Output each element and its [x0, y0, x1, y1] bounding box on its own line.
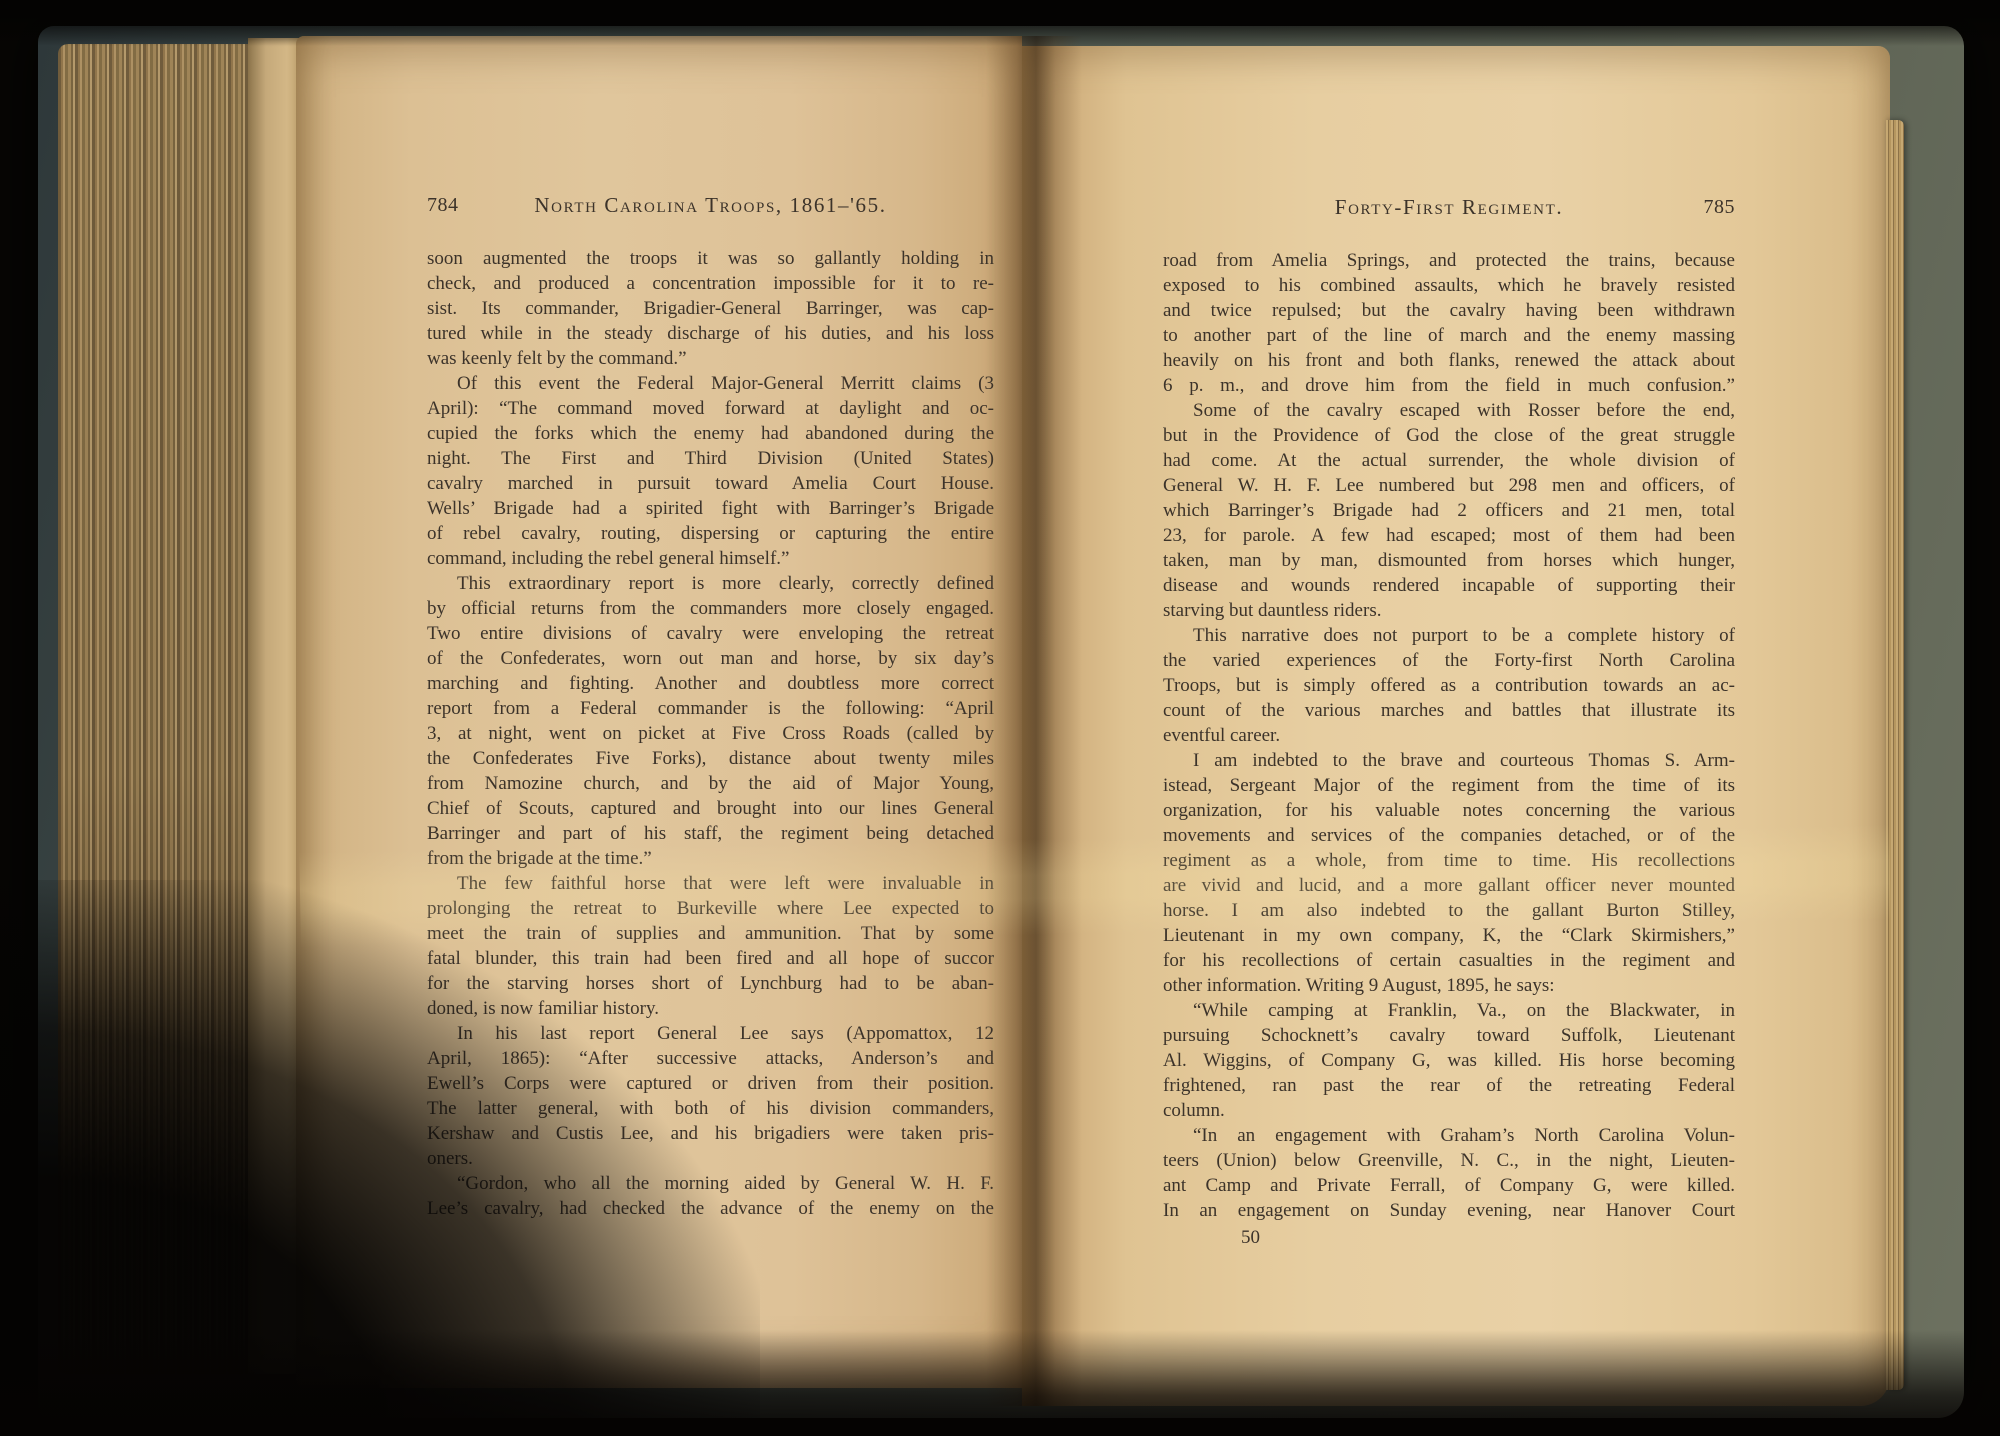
text-line: by official returns from the commanders … [427, 596, 994, 621]
left-running-header: 784 North Carolina Troops, 1861–'65. [427, 192, 994, 218]
paragraph: road from Amelia Springs, and protected … [1163, 248, 1735, 398]
text-line: This extraordinary report is more clearl… [427, 571, 994, 596]
text-line: movements and services of the companies … [1163, 823, 1735, 848]
text-line: pursuing Schocknett’s cavalry toward Suf… [1163, 1023, 1735, 1048]
right-page-text: Forty-First Regiment. 785 road from Amel… [1163, 194, 1735, 1250]
text-line: exposed to his combined assaults, which … [1163, 273, 1735, 298]
text-line: prolonging the retreat to Burkeville whe… [427, 896, 994, 921]
paragraph: “Gordon, who all the morning aided by Ge… [427, 1171, 994, 1221]
text-line: from the brigade at the time.” [427, 846, 994, 871]
text-line: Kershaw and Custis Lee, and his brigadie… [427, 1121, 994, 1146]
gutter-shadow [986, 36, 1082, 1406]
text-line: Lieutenant in my own company, K, the “Cl… [1163, 923, 1735, 948]
left-page-number: 784 [427, 192, 459, 218]
text-line: of rebel cavalry, routing, dispersing or… [427, 521, 994, 546]
text-line: doned, is now familiar history. [427, 996, 994, 1021]
text-line: the Confederates Five Forks), distance a… [427, 746, 994, 771]
text-line: count of the various marches and battles… [1163, 698, 1735, 723]
text-line: from Namozine church, and by the aid of … [427, 771, 994, 796]
paragraph: Some of the cavalry escaped with Rosser … [1163, 398, 1735, 623]
text-line: was keenly felt by the command.” [427, 346, 994, 371]
text-line: disease and wounds rendered incapable of… [1163, 573, 1735, 598]
text-line: for the starving horses short of Lynchbu… [427, 971, 994, 996]
paragraph: In his last report General Lee says (App… [427, 1021, 994, 1171]
text-line: Al. Wiggins, of Company G, was killed. H… [1163, 1048, 1735, 1073]
paragraph: This narrative does not purport to be a … [1163, 623, 1735, 748]
text-line: Of this event the Federal Major-General … [427, 371, 994, 396]
left-page-body: soon augmented the troops it was so gall… [427, 246, 994, 1221]
text-line: marching and fighting. Another and doubt… [427, 671, 994, 696]
text-line: ant Camp and Private Ferrall, of Company… [1163, 1173, 1735, 1198]
paragraph: The few faithful horse that were left we… [427, 871, 994, 1021]
text-line: report from a Federal commander is the f… [427, 696, 994, 721]
text-line: Barringer and part of his staff, the reg… [427, 821, 994, 846]
text-line: Some of the cavalry escaped with Rosser … [1163, 398, 1735, 423]
text-line: Troops, but is simply offered as a contr… [1163, 673, 1735, 698]
text-line: column. [1163, 1098, 1735, 1123]
text-line: taken, man by man, dismounted from horse… [1163, 548, 1735, 573]
paragraph: “In an engagement with Graham’s North Ca… [1163, 1123, 1735, 1223]
text-line: cavalry marched in pursuit toward Amelia… [427, 471, 994, 496]
text-line: soon augmented the troops it was so gall… [427, 246, 994, 271]
open-book-photo: 784 North Carolina Troops, 1861–'65. soo… [0, 0, 2000, 1436]
text-line: eventful career. [1163, 723, 1735, 748]
text-line: Two entire divisions of cavalry were env… [427, 621, 994, 646]
text-line: the varied experiences of the Forty-firs… [1163, 648, 1735, 673]
text-line: Wells’ Brigade had a spirited fight with… [427, 496, 994, 521]
text-line: starving but dauntless riders. [1163, 598, 1735, 623]
text-line: “While camping at Franklin, Va., on the … [1163, 998, 1735, 1023]
text-line: sist. Its commander, Brigadier-General B… [427, 296, 994, 321]
text-line: but in the Providence of God the close o… [1163, 423, 1735, 448]
text-line: command, including the rebel general him… [427, 546, 994, 571]
paragraph: I am indebted to the brave and courteous… [1163, 748, 1735, 998]
text-line: regiment as a whole, from time to time. … [1163, 848, 1735, 873]
text-line: “In an engagement with Graham’s North Ca… [1163, 1123, 1735, 1148]
paragraph: Of this event the Federal Major-General … [427, 371, 994, 571]
text-line: fatal blunder, this train had been fired… [427, 946, 994, 971]
text-line: istead, Sergeant Major of the regiment f… [1163, 773, 1735, 798]
text-line: had come. At the actual surrender, the w… [1163, 448, 1735, 473]
text-line: and twice repulsed; but the cavalry havi… [1163, 298, 1735, 323]
paragraph: soon augmented the troops it was so gall… [427, 246, 994, 371]
text-line: meet the train of supplies and ammunitio… [427, 921, 994, 946]
paragraph: “While camping at Franklin, Va., on the … [1163, 998, 1735, 1123]
right-page-body: road from Amelia Springs, and protected … [1163, 248, 1735, 1223]
text-line: organization, for his valuable notes con… [1163, 798, 1735, 823]
text-line: “Gordon, who all the morning aided by Ge… [427, 1171, 994, 1196]
text-line: 23, for parole. A few had escaped; most … [1163, 523, 1735, 548]
text-line: other information. Writing 9 August, 189… [1163, 973, 1735, 998]
text-line: In an engagement on Sunday evening, near… [1163, 1198, 1735, 1223]
text-line: Ewell’s Corps were captured or driven fr… [427, 1071, 994, 1096]
text-line: The few faithful horse that were left we… [427, 871, 994, 896]
text-line: April, 1865): “After successive attacks,… [427, 1046, 994, 1071]
text-line: 3, at night, went on picket at Five Cros… [427, 721, 994, 746]
signature-mark: 50 [1163, 1225, 1735, 1250]
right-fore-edge [1886, 120, 1904, 1390]
text-line: 6 p. m., and drove him from the field in… [1163, 373, 1735, 398]
right-page-number: 785 [1704, 194, 1736, 220]
text-line: are vivid and lucid, and a more gallant … [1163, 873, 1735, 898]
paragraph: This extraordinary report is more clearl… [427, 571, 994, 871]
text-line: road from Amelia Springs, and protected … [1163, 248, 1735, 273]
text-line: check, and produced a concentration impo… [427, 271, 994, 296]
text-line: General W. H. F. Lee numbered but 298 me… [1163, 473, 1735, 498]
text-line: night. The First and Third Division (Uni… [427, 446, 994, 471]
text-line: The latter general, with both of his div… [427, 1096, 994, 1121]
text-line: for his recollections of certain casualt… [1163, 948, 1735, 973]
text-line: teers (Union) below Greenville, N. C., i… [1163, 1148, 1735, 1173]
right-header-title: Forty-First Regiment. [1335, 195, 1563, 219]
text-line: This narrative does not purport to be a … [1163, 623, 1735, 648]
text-line: to another part of the line of march and… [1163, 323, 1735, 348]
text-line: which Barringer’s Brigade had 2 officers… [1163, 498, 1735, 523]
left-header-title: North Carolina Troops, 1861–'65. [534, 193, 886, 217]
right-running-header: Forty-First Regiment. 785 [1163, 194, 1735, 220]
text-line: In his last report General Lee says (App… [427, 1021, 994, 1046]
left-page-text: 784 North Carolina Troops, 1861–'65. soo… [427, 192, 994, 1221]
text-line: heavily on his front and both flanks, re… [1163, 348, 1735, 373]
text-line: oners. [427, 1146, 994, 1171]
text-line: of the Confederates, worn out man and ho… [427, 646, 994, 671]
text-line: I am indebted to the brave and courteous… [1163, 748, 1735, 773]
text-line: horse. I am also indebted to the gallant… [1163, 898, 1735, 923]
text-line: Chief of Scouts, captured and brought in… [427, 796, 994, 821]
text-line: tured while in the steady discharge of h… [427, 321, 994, 346]
text-line: frightened, ran past the rear of the ret… [1163, 1073, 1735, 1098]
text-line: cupied the forks which the enemy had aba… [427, 421, 994, 446]
text-line: Lee’s cavalry, had checked the advance o… [427, 1196, 994, 1221]
text-line: April): “The command moved forward at da… [427, 396, 994, 421]
